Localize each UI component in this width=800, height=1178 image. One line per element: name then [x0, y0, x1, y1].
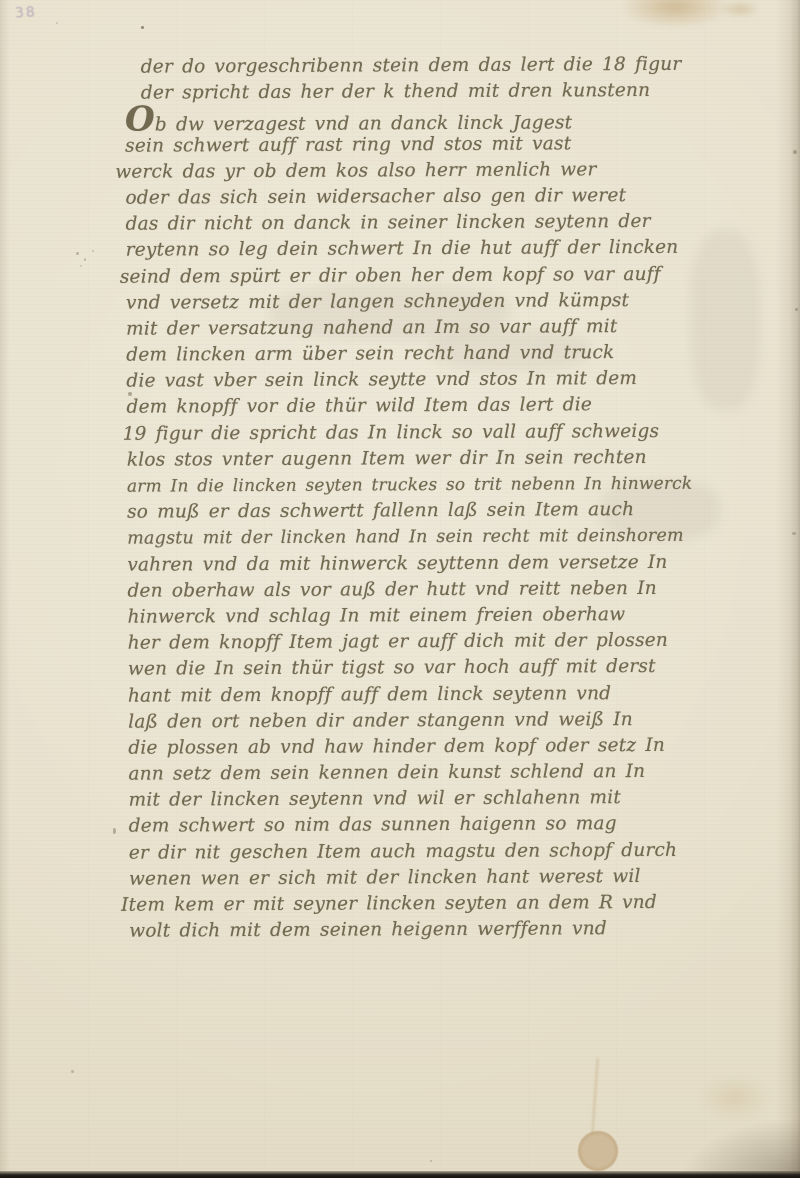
- ink-speck: [795, 308, 798, 311]
- ink-speck: [141, 26, 144, 29]
- ink-speck: [793, 150, 797, 154]
- manuscript-line: seind dem spürt er dir oben her dem kopf…: [120, 261, 766, 291]
- manuscript-line: sein schwert auff rast ring vnd stos mit…: [125, 130, 765, 160]
- manuscript-line: wolt dich mit dem seinen heigenn werffen…: [129, 916, 769, 946]
- manuscript-line: den oberhaw als vor auß der hutt vnd rei…: [127, 575, 767, 605]
- stain-drip: [591, 1058, 598, 1136]
- ink-speck: [430, 1160, 432, 1162]
- manuscript-line: vnd versetz mit der langen schneyden vnd…: [126, 287, 766, 317]
- manuscript-line: Item kem er mit seyner lincken seyten an…: [121, 889, 769, 919]
- manuscript-line: dem knopff vor die thür wild Item das le…: [126, 392, 766, 422]
- manuscript-line: laß den ort neben dir ander stangenn vnd…: [128, 706, 768, 736]
- manuscript-line: der do vorgeschribenn stein dem das lert…: [141, 51, 765, 80]
- manuscript-line: her dem knopff Item jagt er auff dich mi…: [128, 627, 768, 657]
- corner-stain: [720, 0, 760, 18]
- manuscript-line: die plossen ab vnd haw hinder dem kopf o…: [128, 732, 768, 762]
- manuscript-line: oder das sich sein widersacher also gen …: [125, 182, 765, 212]
- corner-stain: [620, 0, 730, 28]
- manuscript-line: mit der versatzung nahend an Im so var a…: [126, 313, 766, 343]
- faint-stain: [700, 1075, 770, 1120]
- manuscript-line: das dir nicht on danck in seiner lincken…: [125, 208, 765, 238]
- page-bottom-edge: [0, 1171, 800, 1178]
- ink-speck: [56, 22, 58, 24]
- ink-speck: [71, 1070, 74, 1073]
- manuscript-line: magstu mit der lincken hand In sein rech…: [127, 523, 767, 553]
- ink-speck: [92, 250, 94, 252]
- manuscript-line: mit der lincken seytenn vnd wil er schla…: [129, 785, 769, 815]
- ink-speck: [792, 532, 796, 535]
- round-stain: [578, 1131, 618, 1171]
- manuscript-line: 19 figur die spricht das In linck so val…: [123, 418, 767, 448]
- manuscript-text-block: der do vorgeschribenn stein dem das lert…: [125, 51, 770, 945]
- manuscript-line: ann setz dem sein kennen dein kunst schl…: [128, 758, 768, 788]
- manuscript-line: hinwerck vnd schlag In mit einem freien …: [128, 601, 768, 631]
- ink-speck: [76, 252, 79, 255]
- page-left-edge: [0, 0, 10, 1178]
- page-right-edge: [776, 0, 800, 1178]
- manuscript-line: dem schwert so nim das sunnen haigenn so…: [129, 811, 769, 841]
- manuscript-line: dem lincken arm über sein recht hand vnd…: [126, 339, 766, 369]
- manuscript-line: der spricht das her der k thend mit dren…: [141, 78, 765, 107]
- folio-number: 38: [14, 4, 37, 21]
- manuscript-line: wenen wen er sich mit der lincken hant w…: [129, 863, 769, 893]
- corner-shadow: [680, 1118, 800, 1178]
- manuscript-line: Ob dw verzagest vnd an danck linck Jages…: [125, 104, 765, 134]
- ink-speck: [113, 828, 116, 834]
- manuscript-line: wen die In sein thür tigst so var hoch a…: [128, 654, 768, 684]
- manuscript-line: er dir nit geschen Item auch magstu den …: [129, 837, 769, 867]
- manuscript-line: reytenn so leg dein schwert In die hut a…: [126, 235, 766, 265]
- manuscript-page: 38 der do vorgeschribenn stein dem das l…: [0, 0, 800, 1178]
- manuscript-line: hant mit dem knopff auff dem linck seyte…: [128, 680, 768, 710]
- manuscript-line: die vast vber sein linck seytte vnd stos…: [126, 366, 766, 396]
- manuscript-line: klos stos vnter augenn Item wer dir In s…: [127, 444, 767, 474]
- ink-speck: [80, 265, 82, 267]
- manuscript-line: werck das yr ob dem kos also herr menlic…: [115, 156, 765, 186]
- manuscript-line: vahren vnd da mit hinwerck seyttenn dem …: [127, 549, 767, 579]
- manuscript-line: arm In die lincken seyten truckes so tri…: [127, 470, 767, 500]
- manuscript-line: so muß er das schwertt fallenn laß sein …: [127, 497, 767, 527]
- ink-speck: [84, 258, 86, 261]
